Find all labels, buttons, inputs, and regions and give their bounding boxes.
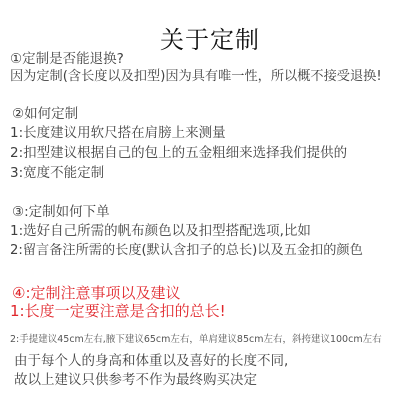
section-4-warning: 1:长度一定要注意是含扣的总长! <box>10 302 226 320</box>
section-2-line-2: 2:扣型建议根据自己的包上的五金粗细来选择我们提供的 <box>10 144 347 162</box>
section-4-size-suggestions: 2:手提建议45cm左右,腋下建议65cm左右，单肩建议85cm左右，斜挎建议1… <box>10 331 382 349</box>
section-4-note-2: 故以上建议只供参考不作为最终购买决定 <box>14 371 257 389</box>
section-3-line-2: 2:留言备注所需的长度(默认含扣子的总长)以及五金扣的颜色 <box>10 242 363 260</box>
section-4-note-1: 由于每个人的身高和体重以及喜好的长度不同, <box>14 352 288 370</box>
section-1-heading: ①定制是否能退换? <box>10 50 124 68</box>
section-2-line-1: 1:长度建议用软尺搭在肩膀上来测量 <box>10 124 226 142</box>
section-4-heading: ④:定制注意事项以及建议 <box>12 284 181 302</box>
section-3-heading: ③:定制如何下单 <box>12 203 110 221</box>
section-2-heading: ②如何定制 <box>12 105 78 123</box>
section-2-line-3: 3:宽度不能定制 <box>10 164 104 182</box>
section-1-line-1: 因为定制(含长度以及扣型)因为具有唯一性，所以概不接受退换! <box>10 68 382 86</box>
section-3-line-1: 1:选好自己所需的帆布颜色以及扣型搭配选项,比如 <box>10 222 311 240</box>
